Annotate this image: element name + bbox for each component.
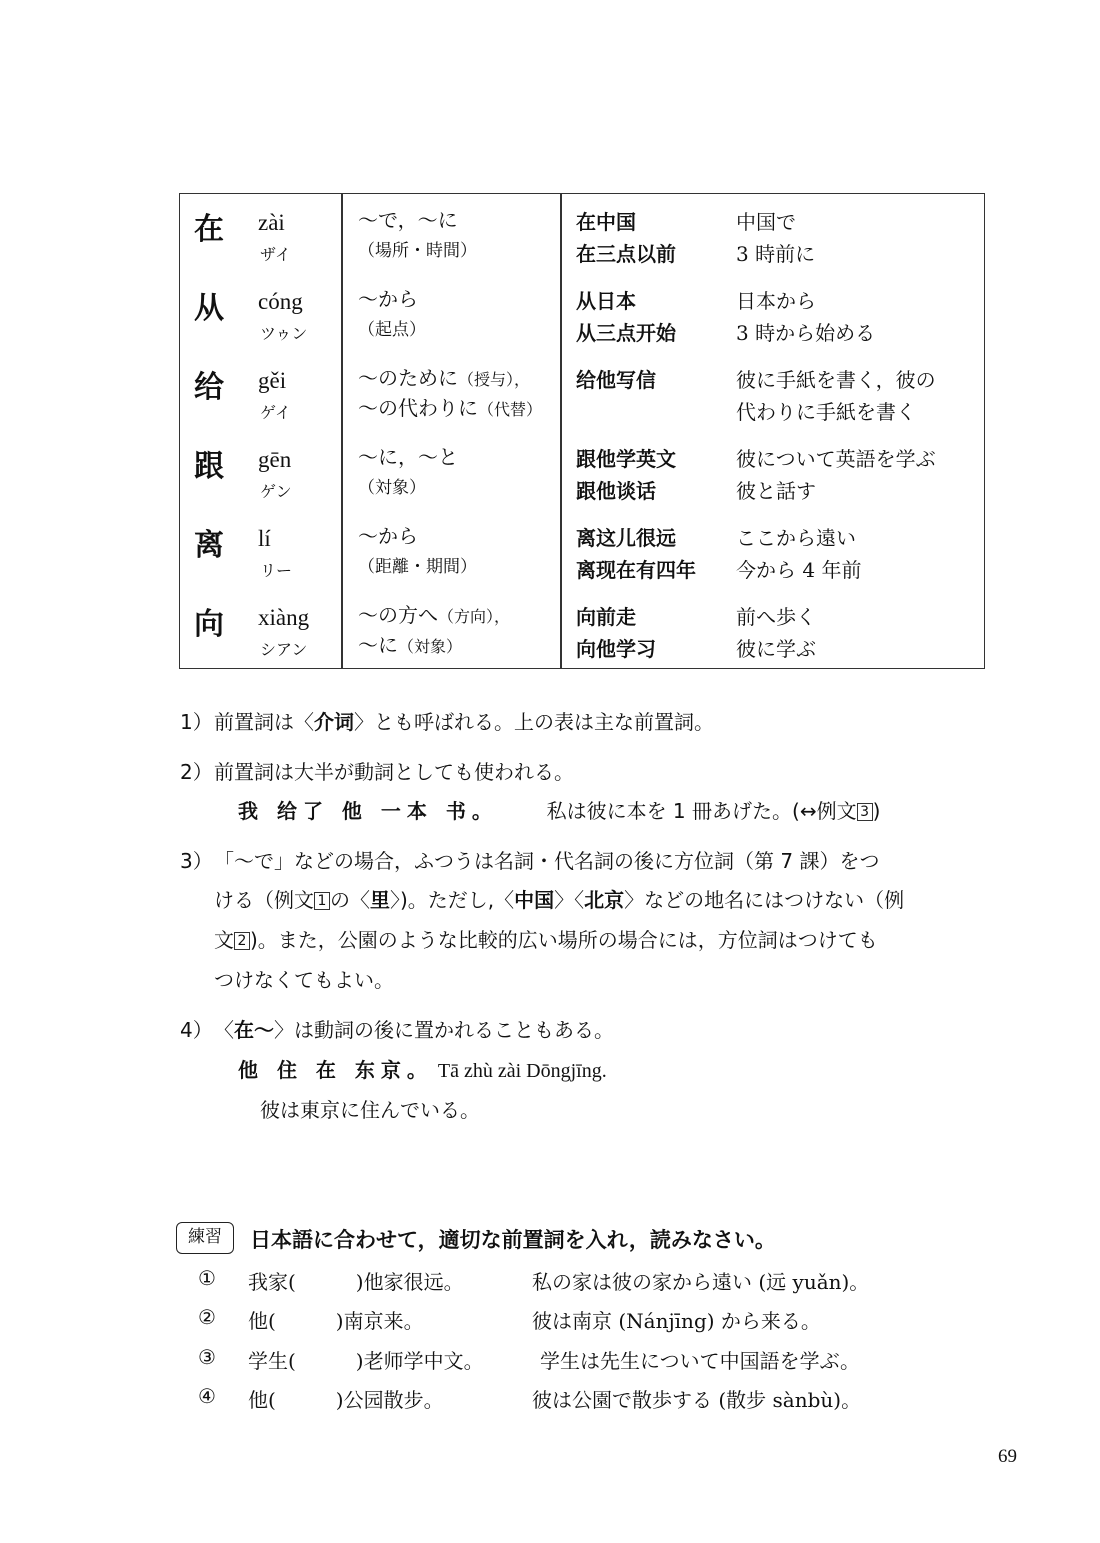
note-text: ける（例文 (214, 888, 314, 912)
preposition-kana: ザイ (260, 242, 291, 265)
example-pinyin: Tā zhù zài Dōngjīng. (438, 1060, 607, 1082)
meaning: ～で，～に (358, 204, 458, 233)
exercise-item: ② 他( )南京来。 彼は南京 (Nánjīng) から来る。 (198, 1305, 998, 1339)
note-number: 4） (180, 1014, 214, 1043)
preposition-hanzi: 向 (194, 599, 224, 643)
meaning-text: ～に (358, 633, 398, 657)
note-number: 1） (180, 706, 214, 735)
exercise-item: ④ 他( )公园散步。 彼は公園で散歩する (散步 sànbù)。 (198, 1384, 998, 1418)
item-chinese: 他( )南京来。 (248, 1305, 424, 1334)
meaning: ～から (358, 520, 418, 549)
example-japanese: 前へ歩く (736, 601, 816, 630)
table-row: 给 gěi ゲイ ～のために（授与）， ～の代わりに（代替） 给他写信 彼に手紙… (180, 352, 984, 430)
example-chinese: 他 住 在 东京。 (238, 1058, 433, 1082)
page-number: 69 (998, 1446, 1017, 1468)
preposition-hanzi: 从 (194, 283, 224, 327)
meaning-note: （場所・時間） (358, 236, 477, 261)
example-japanese: 今から 4 年前 (736, 554, 861, 583)
preposition-hanzi: 跟 (194, 441, 224, 485)
note-1: 1）前置詞は〈介词〉とも呼ばれる。上の表は主な前置詞。 (180, 706, 714, 735)
example-japanese: 彼に学ぶ (736, 633, 816, 662)
item-number: ② (198, 1305, 216, 1329)
example-japanese: 日本から (736, 285, 816, 314)
exercise-item: ③ 学生( )老师学中文。 学生は先生について中国語を学ぶ。 (198, 1345, 998, 1379)
item-japanese: 私の家は彼の家から遠い (远 yuǎn)。 (532, 1266, 869, 1295)
note-text: 前置詞は〈 (214, 710, 314, 734)
note-3: 3）「～で」などの場合，ふつうは名詞・代名詞の後に方位詞（第 7 課）をつ (180, 845, 879, 874)
item-chinese: 学生( )老师学中文。 (248, 1345, 484, 1374)
example-japanese: 彼は東京に住んでいる。 (260, 1098, 480, 1122)
table-row: 跟 gēn ゲン ～に，～と （対象） 跟他学英文 彼について英語を学ぶ 跟他谈… (180, 431, 984, 509)
note-2-example: 我 给了 他 一本 书。 私は彼に本を 1 冊あげた。(↔例文3) (238, 795, 880, 824)
meaning-text: ～の代わりに (358, 396, 478, 420)
meaning: ～の方へ（方向）， (358, 599, 510, 628)
meaning-note: （対象） (398, 637, 462, 656)
note-text: 〉)。ただし,〈 (390, 888, 514, 912)
example-japanese: 代わりに手紙を書く (736, 396, 916, 425)
meaning-note: （距離・期間） (358, 552, 477, 577)
preposition-pinyin: lí (258, 526, 271, 552)
example-japanese: 私は彼に本を 1 冊あげた。(↔例文 (547, 799, 857, 823)
preposition-hanzi: 在 (194, 204, 224, 248)
example-ref-box: 2 (234, 932, 250, 950)
exercise-title: 日本語に合わせて，適切な前置詞を入れ，読みなさい。 (250, 1224, 776, 1254)
example-chinese: 向前走 (576, 601, 636, 630)
preposition-kana: リー (260, 558, 292, 581)
note-4: 4）〈在～〉は動詞の後に置かれることもある。 (180, 1014, 614, 1043)
preposition-pinyin: gēn (258, 447, 291, 473)
item-japanese: 彼は南京 (Nánjīng) から来る。 (532, 1305, 821, 1334)
meaning-text: ～の方へ (358, 603, 438, 627)
meaning: ～から (358, 283, 418, 312)
meaning-note: （方向）， (438, 607, 510, 626)
preposition-kana: ゲイ (260, 400, 291, 423)
item-japanese: 学生は先生について中国語を学ぶ。 (540, 1345, 860, 1374)
example-chinese: 从三点开始 (576, 317, 676, 346)
item-number: ③ (198, 1345, 216, 1369)
preposition-pinyin: zài (258, 210, 285, 236)
meaning-note: （対象） (358, 473, 426, 498)
note-3-line4: つけなくてもよい。 (214, 964, 394, 993)
example-ref-box: 1 (314, 892, 330, 910)
preposition-pinyin: gěi (258, 368, 286, 394)
note-text: 〉とも呼ばれる。上の表は主な前置詞。 (354, 710, 714, 734)
preposition-table: 在 zài ザイ ～で，～に （場所・時間） 在中国 中国で 在三点以前 3 時… (179, 193, 985, 669)
example-japanese: 彼に手紙を書く，彼の (736, 364, 936, 393)
note-text: 〉などの地名にはつけない（例 (624, 888, 904, 912)
example-chinese: 跟他谈话 (576, 475, 656, 504)
meaning: ～に，～と (358, 441, 458, 470)
note-text: 〉は動詞の後に置かれることもある。 (274, 1018, 614, 1042)
note-3-line3: 文2)。また，公園のような比較的広い場所の場合には，方位詞はつけても (214, 924, 878, 953)
exercise-item: ① 我家( )他家很远。 私の家は彼の家から遠い (远 yuǎn)。 (198, 1266, 998, 1300)
example-chinese: 跟他学英文 (576, 443, 676, 472)
preposition-pinyin: cóng (258, 289, 303, 315)
term-bold: 里 (370, 888, 390, 912)
example-chinese: 离这儿很远 (576, 522, 676, 551)
note-number: 3） (180, 845, 214, 874)
preposition-kana: シアン (260, 637, 307, 660)
preposition-kana: ツゥン (260, 321, 307, 344)
note-2: 2）前置詞は大半が動詞としても使われる。 (180, 756, 574, 785)
item-number: ① (198, 1266, 216, 1290)
paren: ) (873, 799, 881, 823)
item-number: ④ (198, 1384, 216, 1408)
example-chinese: 向他学习 (576, 633, 656, 662)
preposition-kana: ゲン (260, 479, 292, 502)
table-row: 从 cóng ツゥン ～から （起点） 从日本 日本から 从三点开始 3 時から… (180, 273, 984, 351)
example-japanese: ここから遠い (736, 522, 856, 551)
table-row: 离 lí リー ～から （距離・期間） 离这儿很远 ここから遠い 离现在有四年 … (180, 510, 984, 588)
example-chinese: 我 给了 他 一本 书。 (238, 799, 498, 823)
meaning-note: （代替） (478, 400, 542, 419)
preposition-hanzi: 给 (194, 362, 224, 406)
term-bold: 介词 (314, 710, 354, 734)
example-chinese: 从日本 (576, 285, 636, 314)
term-bold: 在～ (234, 1018, 274, 1042)
term-bold: 中国 (514, 888, 554, 912)
preposition-pinyin: xiàng (258, 605, 309, 631)
exercise-badge: 練習 (176, 1222, 234, 1254)
example-japanese: 中国で (736, 206, 796, 235)
note-text: 「～で」などの場合，ふつうは名詞・代名詞の後に方位詞（第 7 課）をつ (214, 849, 879, 873)
item-japanese: 彼は公園で散歩する (散步 sànbù)。 (532, 1384, 861, 1413)
note-text: つけなくてもよい。 (214, 968, 394, 992)
note-text: 〉〈 (554, 888, 584, 912)
item-chinese: 我家( )他家很远。 (248, 1266, 464, 1295)
example-japanese: 3 時前に (736, 238, 815, 267)
note-text: 文 (214, 928, 234, 952)
meaning: ～のために（授与）， (358, 362, 530, 391)
meaning-note: （起点） (358, 315, 426, 340)
table-row: 在 zài ザイ ～で，～に （場所・時間） 在中国 中国で 在三点以前 3 時… (180, 194, 984, 272)
term-bold: 北京 (584, 888, 624, 912)
note-text: 前置詞は大半が動詞としても使われる。 (214, 760, 574, 784)
example-japanese: 彼と話す (736, 475, 816, 504)
meaning-note: （授与）， (458, 370, 530, 389)
example-chinese: 在三点以前 (576, 238, 676, 267)
table-row: 向 xiàng シアン ～の方へ（方向）， ～に（対象） 向前走 前へ歩く 向他… (180, 589, 984, 667)
meaning-line2: ～に（対象） (358, 629, 462, 658)
note-4-translation: 彼は東京に住んでいる。 (260, 1094, 480, 1123)
note-number: 2） (180, 756, 214, 785)
example-japanese: 彼について英語を学ぶ (736, 443, 936, 472)
note-text: )。また，公園のような比較的広い場所の場合には，方位詞はつけても (250, 928, 878, 952)
example-chinese: 给他写信 (576, 364, 656, 393)
note-text: の〈 (330, 888, 370, 912)
example-ref-box: 3 (857, 803, 873, 821)
item-chinese: 他( )公园散步。 (248, 1384, 444, 1413)
note-text: 〈 (214, 1018, 234, 1042)
note-3-line2: ける（例文1の〈里〉)。ただし,〈中国〉〈北京〉などの地名にはつけない（例 (214, 884, 904, 913)
example-chinese: 在中国 (576, 206, 636, 235)
meaning-text: ～のために (358, 366, 458, 390)
example-japanese: 3 時から始める (736, 317, 875, 346)
note-4-example: 他 住 在 东京。 Tā zhù zài Dōngjīng. (238, 1054, 607, 1083)
preposition-hanzi: 离 (194, 520, 224, 564)
meaning-line2: ～の代わりに（代替） (358, 392, 542, 421)
example-chinese: 离现在有四年 (576, 554, 696, 583)
